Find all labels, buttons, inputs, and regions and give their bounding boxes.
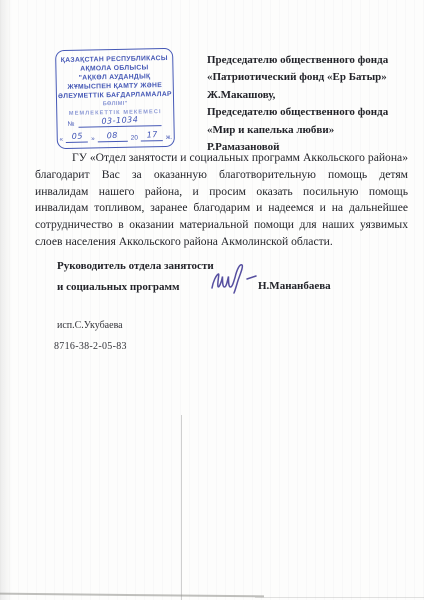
letter-body-paragraph: ГУ «Отдел занятости и социальных програм… xyxy=(35,150,408,251)
page-bottom-edge-line-faint xyxy=(255,597,424,598)
page-bottom-edge-line xyxy=(0,593,264,598)
addressee-line: Ж.Макашову, xyxy=(207,87,417,104)
stamp-date-suffix: ж. xyxy=(166,134,172,141)
addressee-line: «Мир и капелька любви» xyxy=(207,122,417,139)
stamp-date-close-quote: » xyxy=(91,135,95,142)
handwritten-signature xyxy=(210,261,262,297)
scan-crease-line xyxy=(181,415,182,600)
stamp-date-year-line: 17 xyxy=(141,130,163,141)
signer-title-line1: Руководитель отдела занятости xyxy=(57,260,214,272)
stamp-date-year-handwritten: 17 xyxy=(146,130,158,140)
stamp-date-row: « 05 » 08 20 17 ж. xyxy=(66,130,166,143)
signer-name: Н.Мананбаева xyxy=(258,280,331,292)
addressee-line: Председателю общественного фонда xyxy=(207,104,417,121)
stamp-number-handwritten: 03-1034 xyxy=(101,115,138,126)
stamp-date-month-line: 08 xyxy=(98,131,128,143)
addressee-block: Председателю общественного фонда «Патрио… xyxy=(207,52,417,156)
phone-line: 8716-38-2-05-83 xyxy=(54,341,127,352)
stamp-number-row: № 03-1034 xyxy=(67,115,161,128)
stamp-date-day-handwritten: 05 xyxy=(71,131,83,141)
scanned-letter-page: ҚАЗАҚСТАН РЕСПУБЛИКАСЫ АҚМОЛА ОБЛЫСЫ "АҚ… xyxy=(0,0,424,600)
stamp-number-label: № xyxy=(67,121,74,128)
addressee-line: Председателю общественного фонда xyxy=(207,52,417,69)
executor-line: исп.С.Укубаева xyxy=(57,320,123,331)
stamp-date-open-quote: « xyxy=(59,136,63,143)
official-stamp: ҚАЗАҚСТАН РЕСПУБЛИКАСЫ АҚМОЛА ОБЛЫСЫ "АҚ… xyxy=(55,48,175,149)
stamp-date-year-printed: 20 xyxy=(131,135,138,142)
addressee-line: «Патриотический фонд «Ер Батыр» xyxy=(207,69,417,86)
stamp-number-line: 03-1034 xyxy=(78,115,161,128)
signer-title-line2: и социальных программ xyxy=(57,281,179,293)
stamp-date-month-handwritten: 08 xyxy=(107,131,119,141)
stamp-date-day-line: 05 xyxy=(66,132,88,143)
